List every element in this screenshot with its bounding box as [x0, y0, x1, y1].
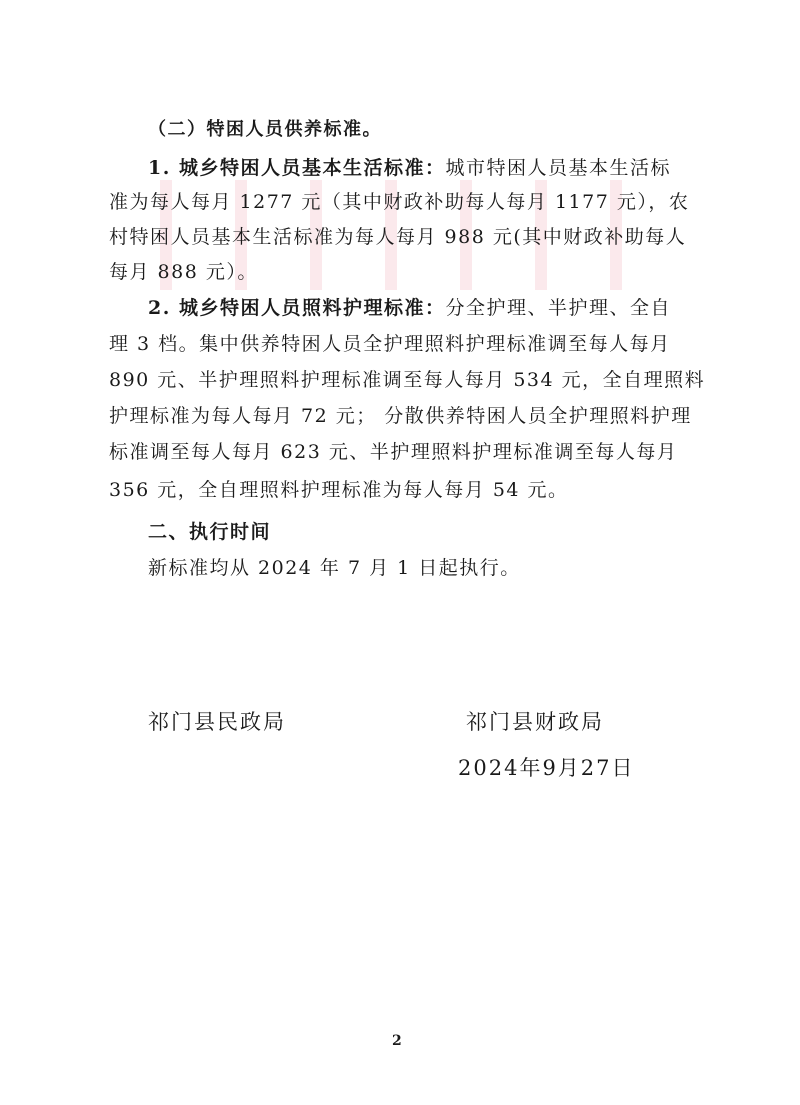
section2-heading: 二、执行时间: [148, 520, 271, 544]
item1-text: 城市特困人员基本生活标: [445, 157, 671, 179]
item1-line: 每月 888 元）。: [109, 260, 258, 284]
item2-first-line: 2. 城乡特困人员照料护理标准：分全护理、半护理、全自: [148, 296, 671, 320]
item2-line: 356 元，全自理照料护理标准为每人每月 54 元。: [109, 478, 569, 502]
item2-line: 890 元、半护理照料护理标准调至每人每月 534 元，全自理照料: [109, 368, 705, 392]
item1-first-line: 1. 城乡特困人员基本生活标准：城市特困人员基本生活标: [148, 156, 671, 180]
signature-finance: 祁门县财政局: [466, 706, 604, 736]
item2-text: 分全护理、半护理、全自: [445, 297, 671, 319]
item2-label: 2. 城乡特困人员照料护理标准：: [148, 297, 445, 319]
item1-line: 准为每人每月 1277 元（其中财政补助每人每月 1177 元），农: [109, 190, 689, 214]
section-heading: （二）特困人员供养标准。: [148, 118, 382, 142]
item1-label: 1. 城乡特困人员基本生活标准：: [148, 157, 445, 179]
item2-line: 理 3 档。集中供养特困人员全护理照料护理标准调至每人每月: [109, 332, 671, 356]
item2-line: 护理标准为每人每月 72 元； 分散供养特困人员全护理照料护理: [109, 404, 692, 428]
signature-date: 2024年9月27日: [458, 752, 635, 782]
item1-line: 村特困人员基本生活标准为每人每月 988 元(其中财政补助每人: [109, 225, 686, 249]
page-number: 2: [392, 1033, 402, 1049]
section2-text: 新标准均从 2024 年 7 月 1 日起执行。: [148, 556, 521, 580]
item2-line: 标准调至每人每月 623 元、半护理照料护理标准调至每人每月: [109, 440, 677, 464]
signature-civil-affairs: 祁门县民政局: [148, 706, 286, 736]
